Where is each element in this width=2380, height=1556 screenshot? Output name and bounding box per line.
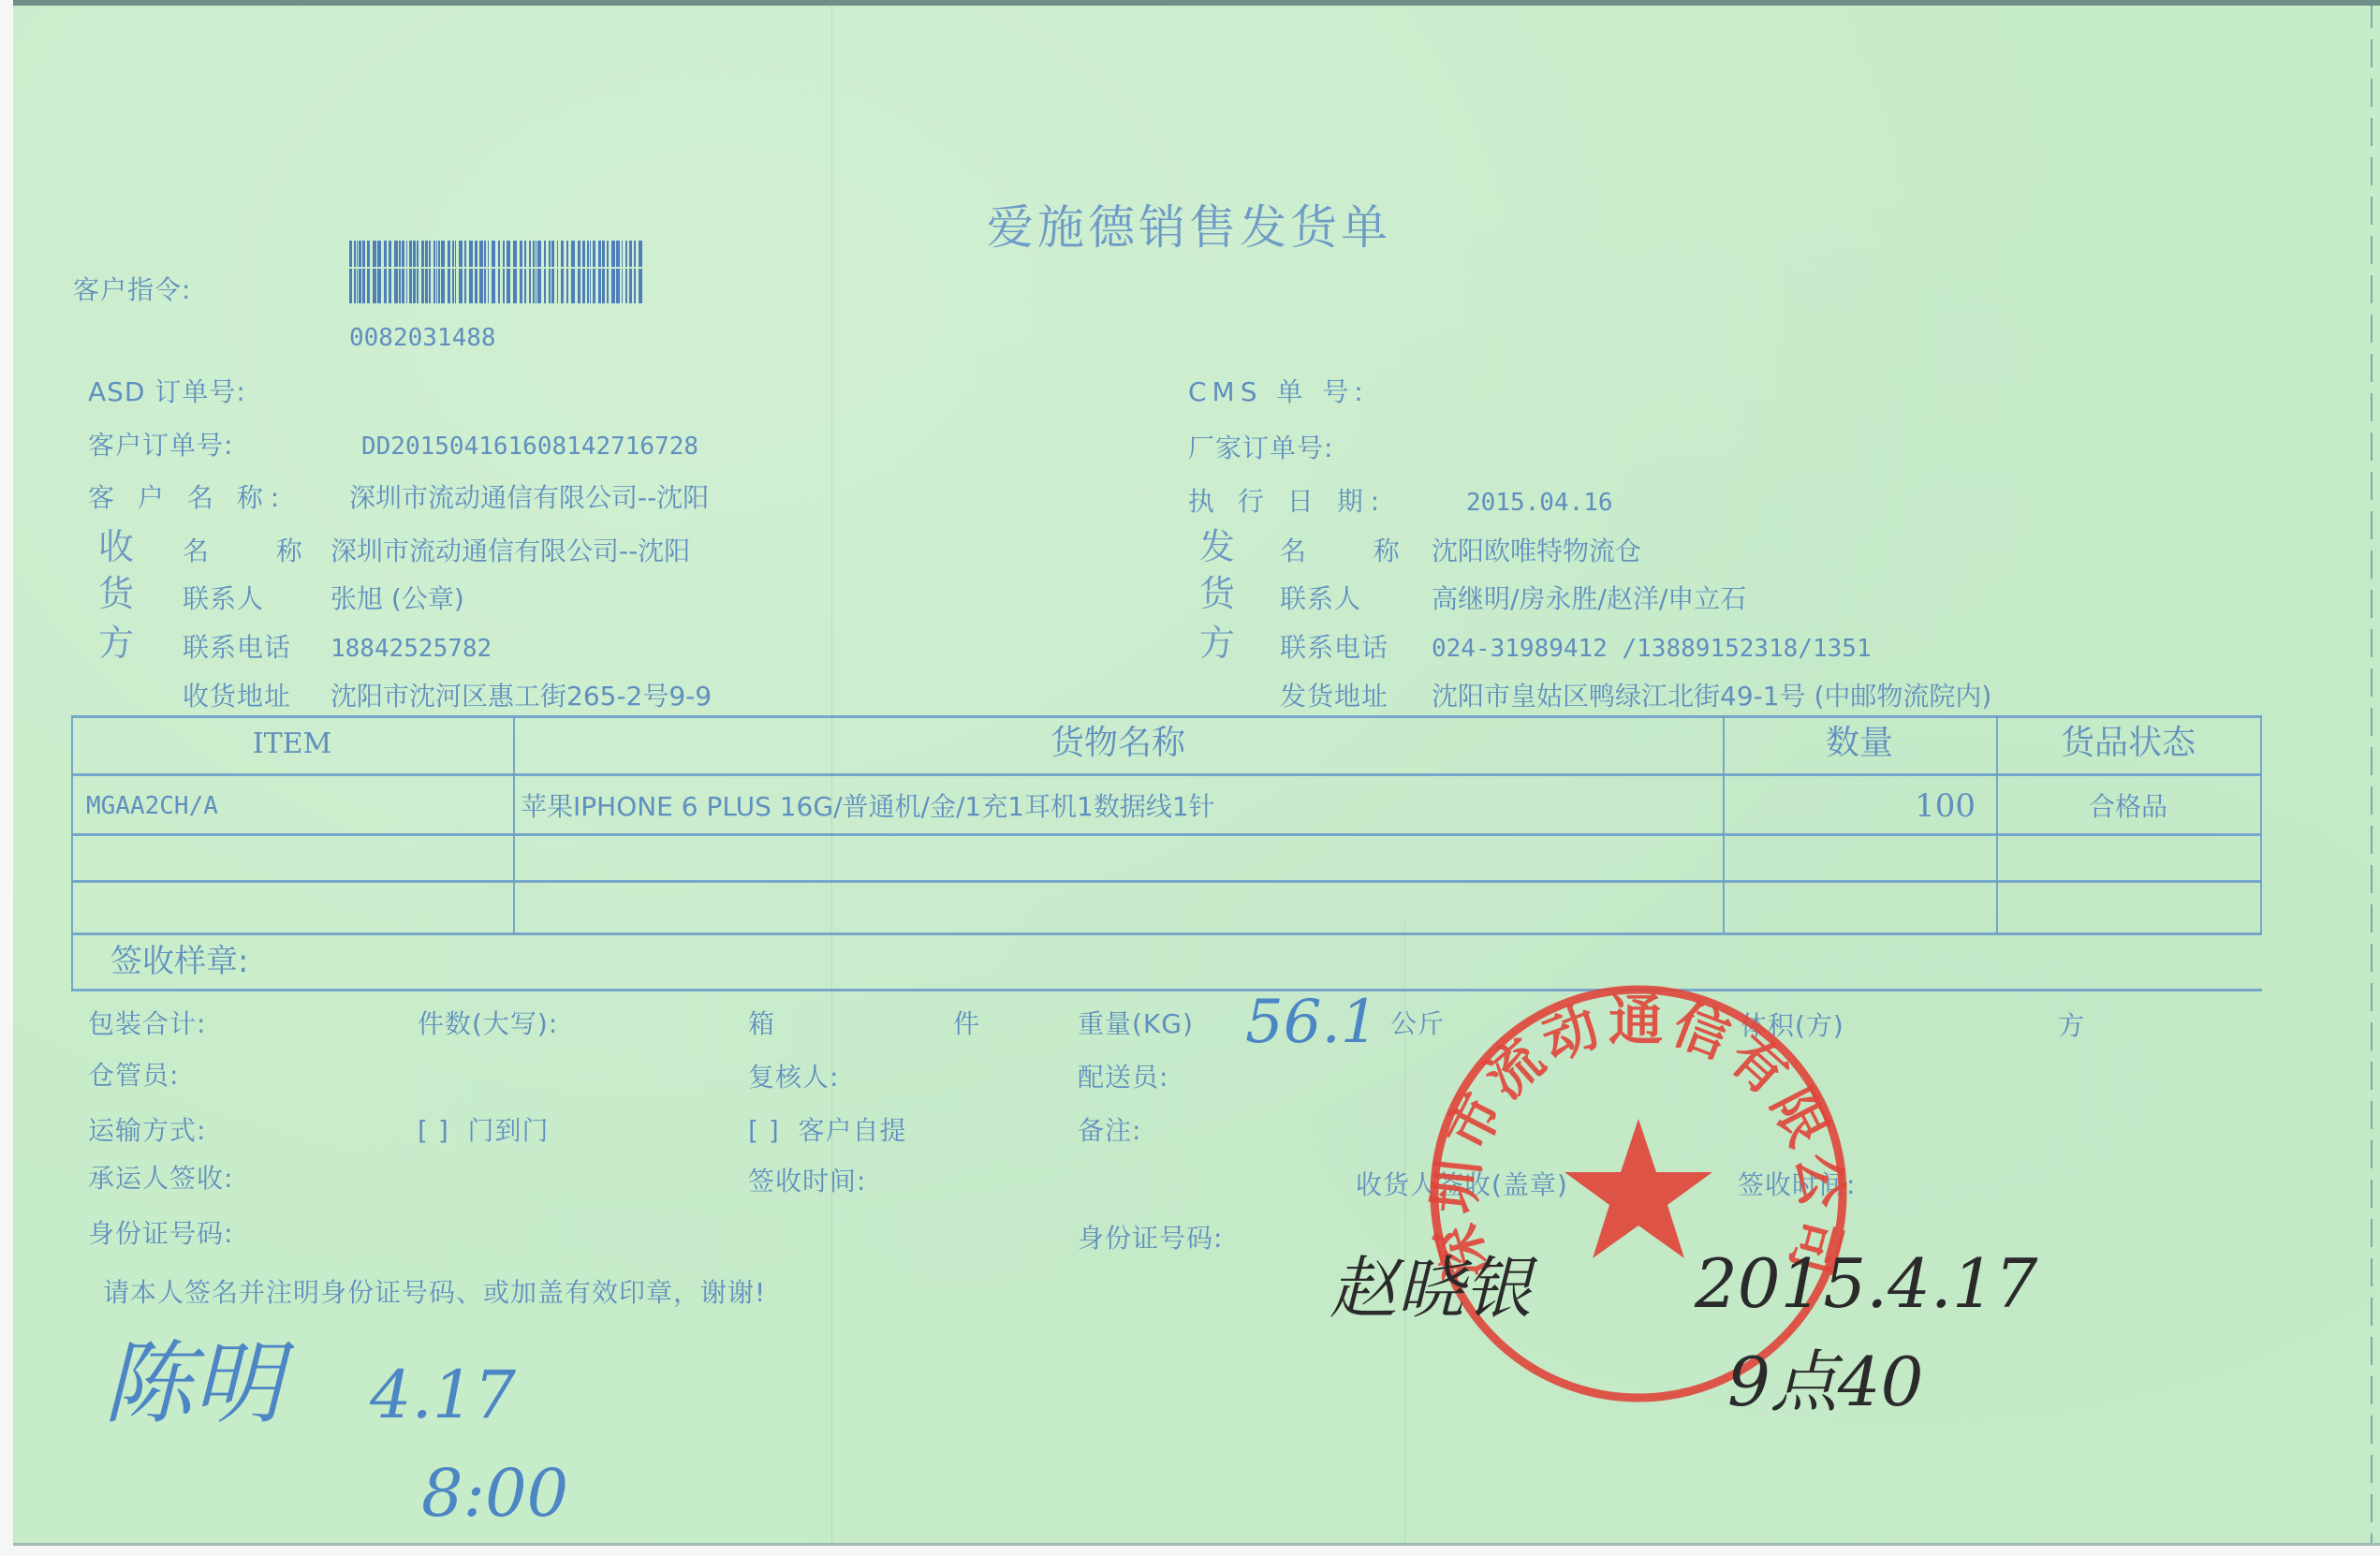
weight-value-handwritten: 56.1 [1245,992,1379,1052]
left-handwritten-date: 4.17 [370,1362,516,1428]
exec-date-value: 2015.04.16 [1466,491,1613,515]
barcode-number: 0082031488 [349,326,496,350]
consignee-side-char: 方 [98,625,134,661]
shipper-side-char: 发 [1199,529,1235,565]
shipper-address-label: 发货地址 [1280,683,1388,710]
remark-label: 备注: [1078,1118,1141,1144]
signature-notice: 请本人签名并注明身份证号码、或加盖有效印章，谢谢! [103,1280,766,1306]
customer-name-value: 深圳市流动通信有限公司--沈阳 [349,485,709,511]
customer-instruction-label: 客户指令: [73,277,191,303]
left-handwritten-time: 8:00 [421,1461,568,1526]
cms-number-label: CMS 单 号: [1188,379,1369,405]
customer-name-label: 客 户 名 称: [88,485,286,511]
paper-top-edge [13,0,2380,6]
shipper-side-char: 方 [1199,625,1235,661]
option-customer-pickup[interactable]: [ ] 客户自提 [748,1118,907,1144]
consignee-name-value: 深圳市流动通信有限公司--沈阳 [331,538,690,565]
consignee-sign-label: 收货人签收(盖章) [1356,1172,1568,1198]
shipper-side-char: 货 [1199,576,1235,611]
paper-right-perforation [2371,0,2373,1545]
id-number-label-left: 身份证号码: [88,1221,233,1247]
box-label: 箱 [748,1011,775,1037]
option-door-to-door[interactable]: [ ] 门到门 [418,1118,550,1144]
right-handwritten-signature: 赵晓银 [1330,1255,1532,1322]
weight-label: 重量(KG) [1078,1011,1194,1037]
quantity: 100 [1723,790,1976,822]
shipper-contact-label: 联系人 [1280,586,1361,612]
left-handwritten-signature: 陈明 [103,1339,283,1429]
package-total-label: 包装合计: [88,1011,206,1037]
shipper-phone-value: 024-31989412 /13889152318/1351 [1432,637,1872,661]
id-number-label-right: 身份证号码: [1078,1226,1223,1252]
consignee-phone-label: 联系电话 [183,635,291,661]
goods-name: 苹果IPHONE 6 PLUS 16G/普通机/金/1充1耳机1数据线1针 [521,794,1215,820]
consignee-name-label: 名 称 [183,538,319,565]
weight-unit-label: 公斤 [1390,1011,1445,1037]
volume-unit-label: 方 [2058,1013,2085,1039]
right-handwritten-time: 9点40 [1727,1348,1923,1416]
shipper-name-value: 沈阳欧唯特物流仓 [1432,538,1641,565]
carrier-sign-label: 承运人签收: [88,1166,233,1192]
consignee-phone-value: 18842525782 [331,637,492,661]
warehouse-keeper-label: 仓管员: [88,1063,179,1089]
column-header-item: ITEM [71,730,513,758]
exec-date-label: 执 行 日 期: [1188,489,1387,515]
document-title: 爱施德销售发货单 [987,204,1391,251]
consignee-sign-time-label: 签收时间: [1738,1172,1856,1198]
consignee-address-value: 沈阳市沈河区惠工街265-2号9-9 [331,683,712,710]
shipper-phone-label: 联系电话 [1280,635,1388,661]
sign-time-label: 签收时间: [748,1168,866,1195]
consignee-side-char: 收 [98,529,134,565]
customer-order-value: DD201504161608142716728 [361,434,698,459]
column-header-quantity: 数量 [1723,727,1996,760]
reviewer-label: 复核人: [748,1064,839,1091]
right-handwritten-date: 2015.4.17 [1695,1250,2037,1317]
paper-fold-line [831,0,832,1545]
shipper-contact-value: 高继明/房永胜/赵洋/申立石 [1432,586,1746,612]
paper-bottom-edge [13,1543,2380,1546]
transport-method-label: 运输方式: [88,1118,206,1144]
goods-status: 合格品 [1996,794,2260,820]
sign-sample-label: 签收样章: [110,946,248,977]
asd-order-label: ASD 订单号: [88,379,246,405]
column-header-goods-name: 货物名称 [513,727,1723,760]
consignee-contact-label: 联系人 [183,586,264,612]
shipper-address-value: 沈阳市皇姑区鸭绿江北街49-1号 (中邮物流院内) [1432,683,1991,710]
consignee-side-char: 货 [98,576,134,611]
factory-order-label: 厂家订单号: [1188,435,1333,462]
consignee-contact-value: 张旭 (公章) [331,586,464,612]
shipper-name-label: 名 称 [1280,538,1417,565]
consignee-address-label: 收货地址 [183,683,291,710]
customer-order-label: 客户订单号: [88,433,233,459]
delivery-person-label: 配送员: [1078,1064,1168,1091]
column-header-status: 货品状态 [1996,727,2260,760]
volume-label: 体积(方) [1741,1013,1844,1039]
piece-unit-label: 件 [953,1011,980,1037]
barcode-icon [349,235,645,303]
item-code: MGAA2CH/A [86,794,218,818]
pieces-label: 件数(大写): [418,1011,558,1037]
